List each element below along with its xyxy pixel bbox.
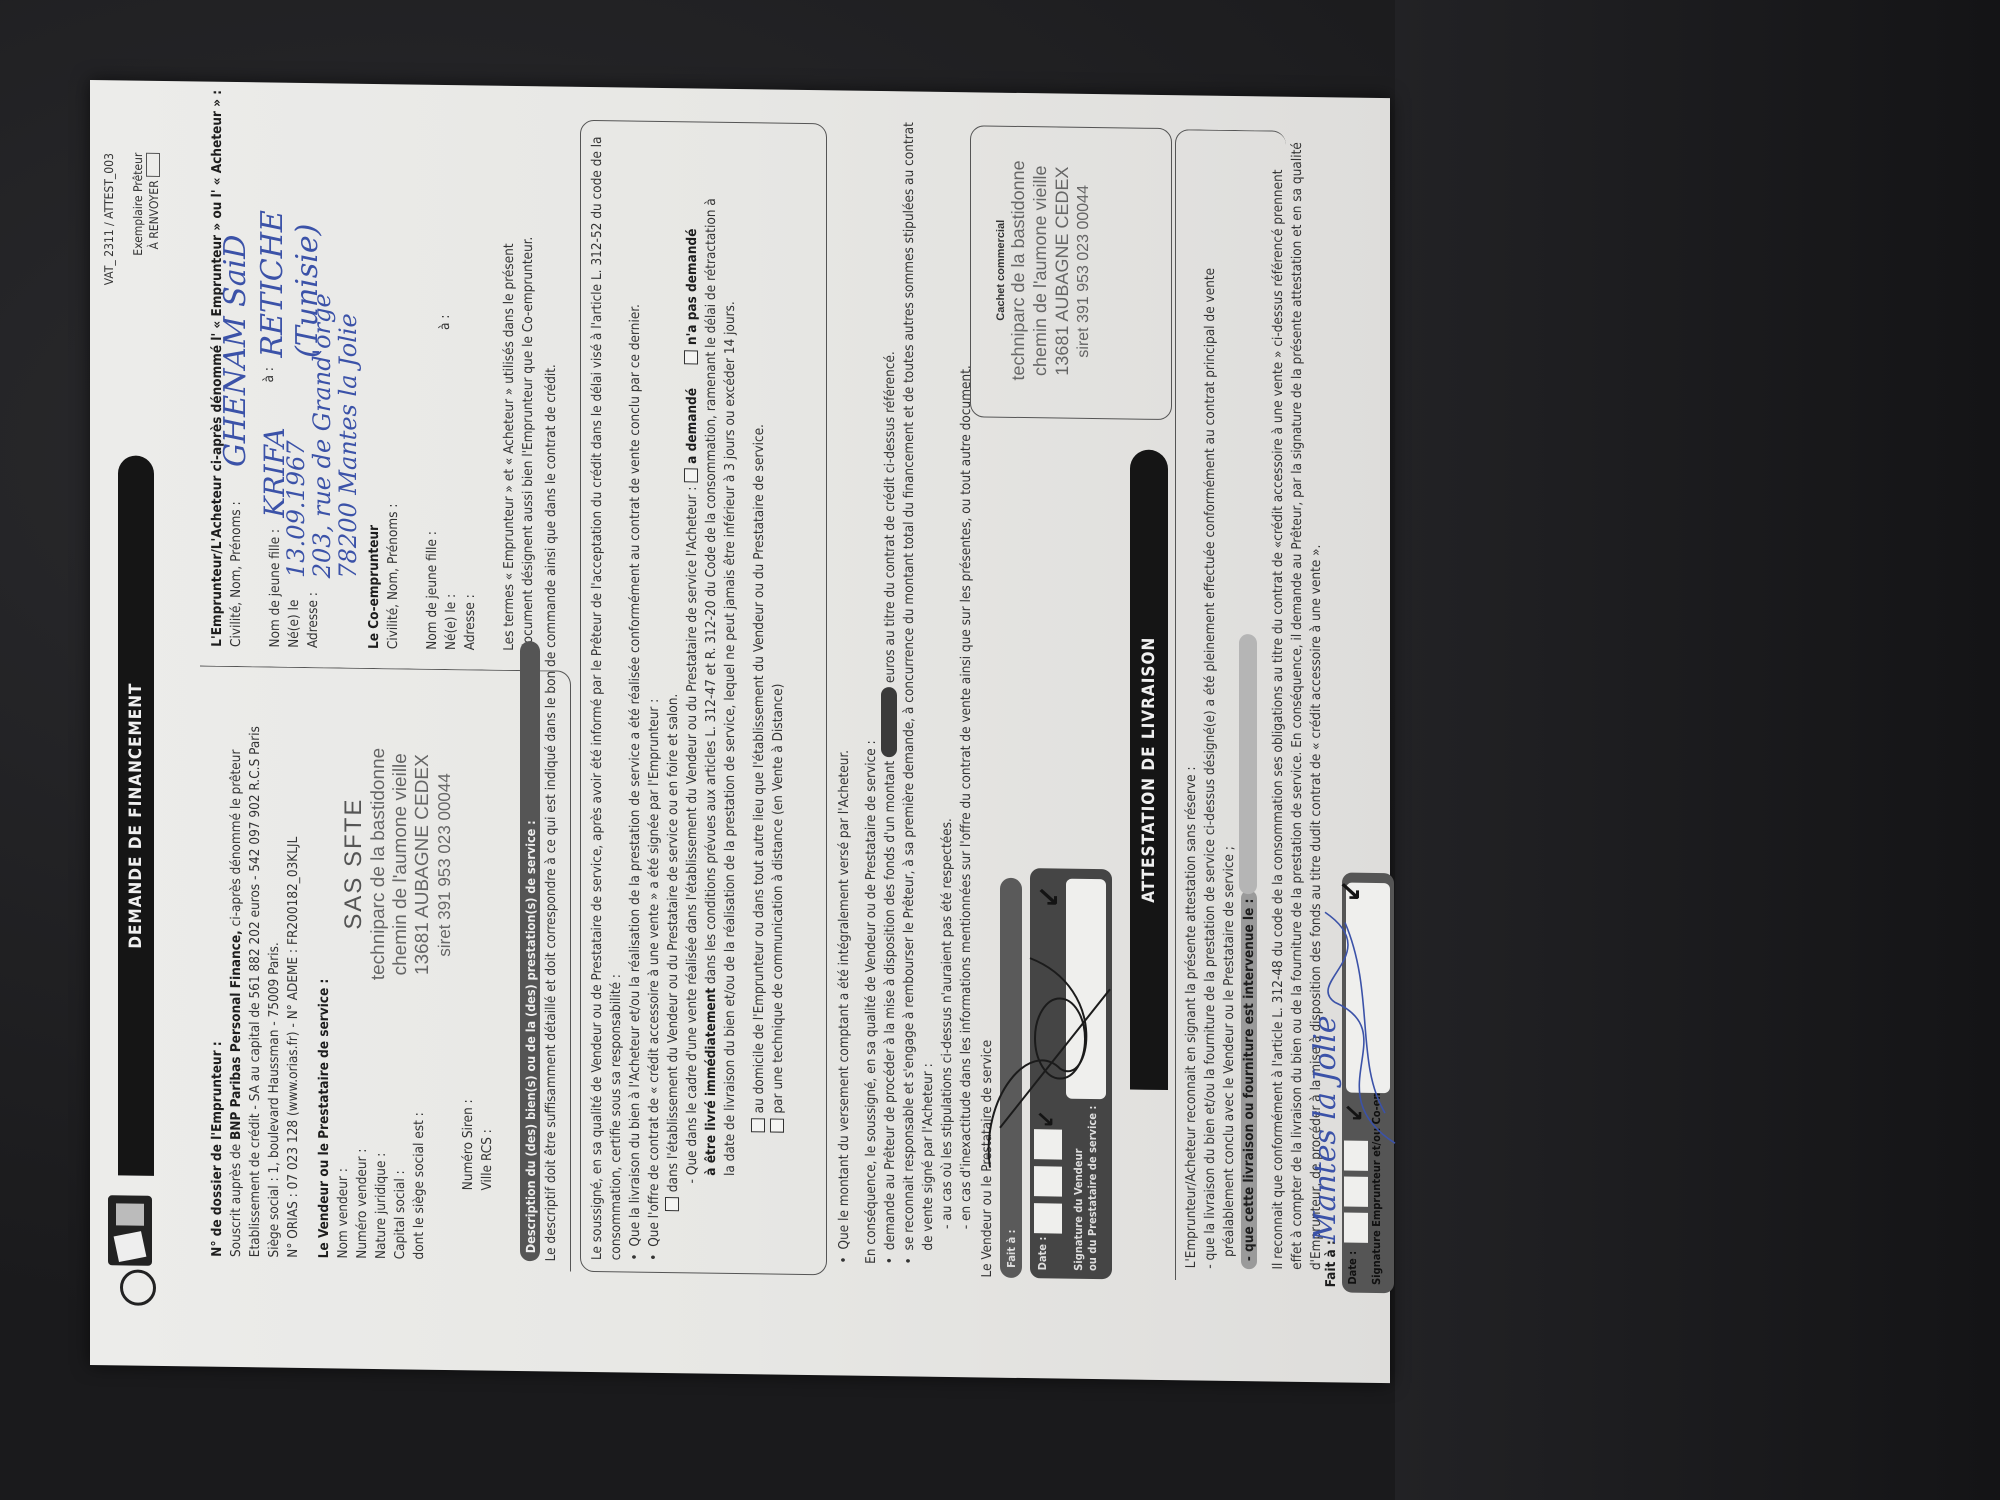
commercial-stamp-line2: chemin de l'aumone vieille bbox=[1029, 138, 1051, 403]
cert-bullet-offer-signed: Que l'offre de contrat de « crédit acces… bbox=[645, 137, 664, 1247]
immediate-delivery-bold: à être livré immédiatement bbox=[703, 988, 719, 1176]
attestation-delivery-line: - que la livraison du bien et/ou la four… bbox=[1201, 141, 1220, 1269]
lender-line4: N° ORIAS : 07 023 128 (www.orias.fr) - N… bbox=[284, 726, 303, 1257]
borrower-name-handwritten: GHENAM SaiD bbox=[218, 235, 253, 468]
cert-bullet-liability: se reconnait responsable et s'engage à r… bbox=[900, 122, 919, 1251]
coborrower-heading: Le Co-emprunteur bbox=[365, 92, 384, 649]
cert-bullet-delivery: Que la livraison du bien à l'Acheteur et… bbox=[626, 137, 645, 1247]
option-at-home-label: au domicile de l'Emprunteur ou dans tout… bbox=[751, 424, 767, 1114]
borrower-date-month[interactable] bbox=[1344, 1177, 1368, 1207]
lender-line1: Souscrit auprès de BNP Paribas Personal … bbox=[227, 726, 246, 1257]
commercial-stamp-line3: 13681 AUBAGNE CEDEX bbox=[1051, 138, 1073, 403]
vendor-siren-label: Numéro Siren : bbox=[459, 729, 478, 1260]
checkbox-in-store[interactable] bbox=[665, 1197, 679, 1211]
vendor-date-label: Date : bbox=[1036, 1236, 1050, 1270]
attestation-intro: L'Emprunteur/Acheteur reconnait en signa… bbox=[1182, 141, 1201, 1269]
commercial-stamp-label: Cachet commercial bbox=[995, 138, 1007, 403]
attestation-title: ATTESTATION DE LIVRAISON bbox=[1139, 637, 1159, 903]
description-label: Description du (des) bien(s) ou de la (d… bbox=[523, 820, 538, 1261]
immediate-delivery-question: - Que dans le cadre d'une vente réalisée… bbox=[684, 487, 700, 1184]
commercial-stamp-siret: siret 391 953 023 00044 bbox=[1073, 139, 1095, 404]
coborrower-birthplace-label: à : bbox=[436, 314, 455, 330]
attestation-prior-contract: préalablement conclu avec le Vendeur ou … bbox=[1220, 141, 1239, 1257]
borrower-date-label: Date : bbox=[1346, 1251, 1360, 1285]
coborrower-maiden-label: Nom de jeune fille : bbox=[423, 93, 442, 650]
stamp-line3: 13681 AUBAGNE CEDEX bbox=[412, 699, 434, 1029]
fund-request-text-end: euros au titre du contrat de crédit ci-d… bbox=[882, 351, 898, 683]
borrower-birthdate-handwritten: 13.09.1967 bbox=[282, 440, 310, 578]
form-title: DEMANDE DE FINANCEMENT bbox=[126, 682, 146, 948]
stamp-company-name: SAS SFTE bbox=[340, 698, 368, 1028]
attestation-delivery-date-label: - que cette livraison ou fourniture est … bbox=[1241, 890, 1257, 1269]
checkbox-at-home[interactable] bbox=[751, 1118, 765, 1132]
cert-dash-stipulations: - au cas où les stipulations ci-dessus n… bbox=[938, 123, 957, 1230]
coborrower-birth-label: Né(e) le : bbox=[442, 93, 461, 650]
option-in-store-label: dans l'établissement du Vendeur ou du Pr… bbox=[665, 694, 681, 1193]
lender-line2: Etablissement de crédit - SA au capital … bbox=[246, 726, 265, 1257]
lender-line3: Siège social : 1, boulevard Haussman - 7… bbox=[265, 726, 284, 1257]
commercial-stamp-line1: techniparc de la bastidonne bbox=[1007, 138, 1029, 403]
checkbox-requested[interactable] bbox=[684, 469, 698, 483]
option-not-requested-label: n'a pas demandé bbox=[684, 228, 700, 345]
stamp-line1: techniparc de la bastidonne bbox=[368, 699, 390, 1029]
consequence-text: Que le montant du versement comptant a é… bbox=[835, 121, 976, 1265]
certification-text: Le soussigné, en sa qualité de Vendeur o… bbox=[588, 136, 788, 1262]
consequence-intro: En conséquence, le soussigné, en sa qual… bbox=[862, 121, 881, 1264]
form-title-banner: DEMANDE DE FINANCEMENT bbox=[118, 455, 154, 1176]
stamp-line2: chemin de l'aumone vieille bbox=[390, 699, 412, 1029]
attestation-delivery-date-field[interactable] bbox=[1239, 634, 1257, 894]
checkbox-distance-sale[interactable] bbox=[770, 1118, 784, 1132]
copy-label-line1: Exemplaire Prêteur bbox=[130, 153, 146, 256]
document-pictogram-icon bbox=[108, 1195, 152, 1266]
retraction-period-text: la date de livraison du bien et/ou de la… bbox=[721, 138, 740, 1176]
borrower-address-line2-handwritten: 78200 Mantes la Jolie bbox=[334, 313, 362, 579]
vendor-signature-scribble bbox=[970, 927, 1130, 1189]
amount-field-redacted[interactable] bbox=[881, 687, 897, 757]
coborrower-civility-label: Civilité, Nom, Prénoms : bbox=[384, 92, 403, 649]
envelope-icon bbox=[146, 153, 160, 177]
vendor-rcs-label: Ville RCS : bbox=[478, 729, 497, 1260]
stamp-siret: siret 391 953 023 00044 bbox=[434, 700, 456, 1030]
borrower-date-day[interactable] bbox=[1344, 1213, 1368, 1243]
cert-intro-line1: Le soussigné, en sa qualité de Vendeur o… bbox=[588, 136, 607, 1260]
option-distance-sale-label: par une technique de communication à dis… bbox=[770, 683, 786, 1113]
bnp-logo-icon bbox=[120, 1269, 156, 1306]
commercial-stamp: Cachet commercial techniparc de la basti… bbox=[995, 138, 1095, 404]
cert-liability-cont: de vente signé par l'Acheteur : bbox=[919, 122, 938, 1251]
description-label-band: Description du (des) bien(s) ou de la (d… bbox=[520, 641, 540, 1261]
coborrower-address-label: Adresse : bbox=[461, 93, 480, 650]
terms-note: Les termes « Emprunteur » et « Acheteur … bbox=[500, 231, 538, 652]
fund-request-text: demande au Prêteur de procéder à la mise… bbox=[882, 761, 898, 1251]
file-number-label: N° de dossier de l'Emprunteur : bbox=[208, 725, 227, 1256]
form-reference: VAT_ 2311 / ATTEST_003 bbox=[100, 153, 119, 285]
immediate-delivery-text: dans les conditions prévues aux articles… bbox=[703, 198, 719, 988]
arrow-signature-icon: ↙ bbox=[1032, 886, 1067, 909]
vendor-date-day[interactable] bbox=[1034, 1203, 1062, 1233]
borrower-birthplace-label: à : bbox=[260, 367, 279, 383]
cert-intro-line2: consommation, certifie sous sa responsab… bbox=[607, 137, 626, 1261]
attestation-legal-line1: Il reconnait que conformément à l'articl… bbox=[1269, 142, 1288, 1270]
copy-label: Exemplaire Prêteur À RENVOYER bbox=[130, 153, 162, 256]
cert-bullet-down-payment: Que le montant du versement comptant a é… bbox=[835, 121, 854, 1250]
option-requested-label: a demandé bbox=[684, 388, 700, 464]
financing-request-form: DEMANDE DE FINANCEMENT VAT_ 2311 / ATTES… bbox=[90, 80, 1390, 1383]
description-note: Le descriptif doit être suffisamment dét… bbox=[542, 364, 561, 1262]
copy-label-line2: À RENVOYER bbox=[147, 180, 161, 249]
attestation-banner: ATTESTATION DE LIVRAISON bbox=[1130, 450, 1168, 1091]
background-surface-right bbox=[1395, 0, 2000, 1500]
checkbox-not-requested[interactable] bbox=[684, 350, 698, 364]
vendor-stamp: SAS SFTE techniparc de la bastidonne che… bbox=[340, 698, 456, 1030]
vendor-heading: Le Vendeur ou le Prestataire de service … bbox=[315, 727, 334, 1258]
vendor-place-label: Fait à : bbox=[1005, 1229, 1018, 1278]
borrower-signature-scribble bbox=[1305, 892, 1415, 1154]
borrower-address-line1-handwritten: 203, rue de Grand'orge bbox=[308, 293, 336, 578]
borrower-place-label: Fait à : bbox=[1322, 1240, 1341, 1287]
